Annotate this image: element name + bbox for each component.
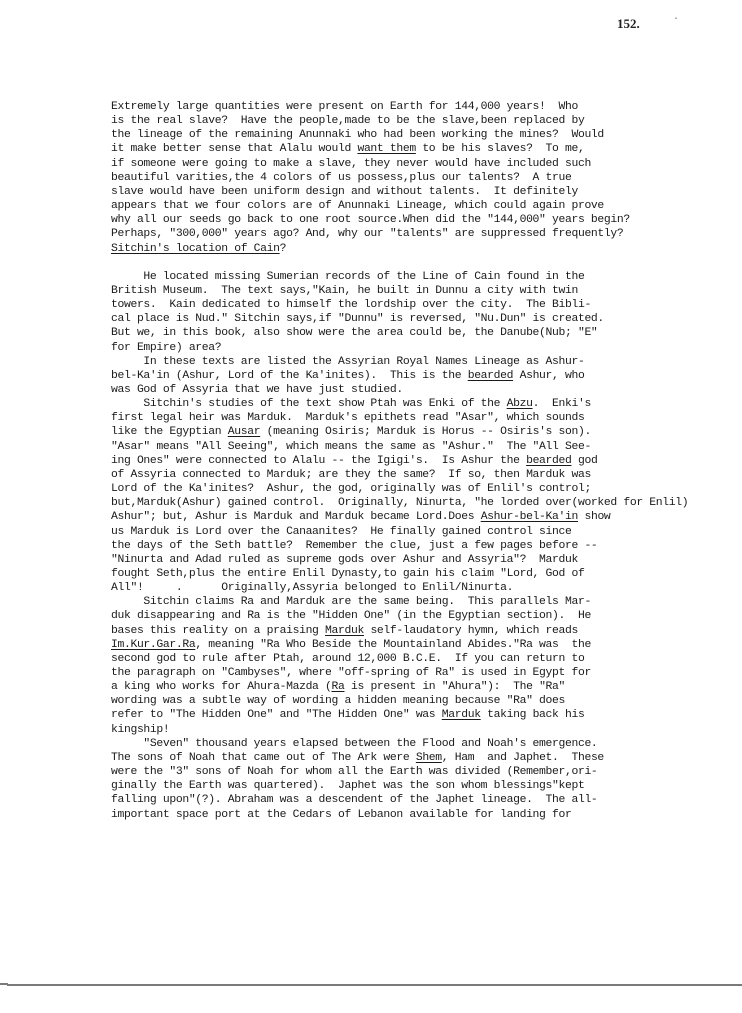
text-segment: fought Seth,plus the entire Enlil Dynast… [111,568,584,580]
text-segment: appears that we four colors are of Anunn… [111,200,604,212]
text-segment: the days of the Seth battle? Remember th… [111,540,597,552]
text-segment: but,Marduk(Ashur) gained control. Origin… [111,497,688,509]
text-segment: "Seven" thousand years elapsed between t… [111,738,597,750]
text-line: "Asar" means "All Seeing", which means t… [111,440,591,454]
underlined-phrase: Ashur-bel-Ka'in [481,511,578,523]
text-segment: , meaning "Ra Who Beside the Mountainlan… [195,639,591,651]
text-segment: taking back his [481,709,585,721]
text-segment: He located missing Sumerian records of t… [111,271,584,283]
text-line: for Empire) area? [111,341,221,355]
text-line: of Assyria connected to Marduk; are they… [111,468,591,482]
underlined-phrase: want them [357,143,415,155]
text-line: but,Marduk(Ashur) gained control. Origin… [111,496,688,510]
text-line: it make better sense that Alalu would wa… [111,142,584,156]
text-line: "Ninurta and Adad ruled as supreme gods … [111,553,578,567]
text-line: is the real slave? Have the people,made … [111,114,584,128]
text-line: British Museum. The text says,"Kain, he … [111,284,578,298]
text-segment: "Ninurta and Adad ruled as supreme gods … [111,554,578,566]
text-line: kingship! [111,723,169,737]
text-line: towers. Kain dedicated to himself the lo… [111,298,591,312]
text-segment: beautiful varities,the 4 colors of us po… [111,172,571,184]
text-segment: bel-Ka'in (Ashur, Lord of the Ka'inites)… [111,370,468,382]
text-line: But we, in this book, also show were the… [111,326,597,340]
text-segment: towers. Kain dedicated to himself the lo… [111,299,591,311]
underlined-phrase: Shem [416,752,442,764]
text-line: were the "3" sons of Noah for whom all t… [111,765,597,779]
underlined-phrase: Ra [332,681,345,693]
text-segment: In these texts are listed the Assyrian R… [111,356,584,368]
text-segment: , Ham and Japhet. These [442,752,604,764]
text-segment: Ashur"; but, Ashur is Marduk and Marduk … [111,511,481,523]
text-segment: the lineage of the remaining Anunnaki wh… [111,129,604,141]
text-line: Sitchin's studies of the text show Ptah … [111,397,591,411]
text-segment: kingship! [111,724,169,736]
text-line: refer to "The Hidden One" and "The Hidde… [111,708,584,722]
text-line: bases this reality on a praising Marduk … [111,624,578,638]
text-line: He located missing Sumerian records of t… [111,270,584,284]
text-line: Im.Kur.Gar.Ra, meaning "Ra Who Beside th… [111,638,591,652]
text-line: ing Ones" were connected to Alalu -- the… [111,454,597,468]
text-segment: British Museum. The text says,"Kain, he … [111,285,578,297]
text-segment: important space port at the Cedars of Le… [111,809,571,821]
text-segment: Sitchin claims Ra and Marduk are the sam… [111,596,591,608]
text-segment: Perhaps, "300,000" years ago? And, why o… [111,228,623,240]
text-segment: "Asar" means "All Seeing", which means t… [111,441,591,453]
text-segment: Extremely large quantities were present … [111,101,578,113]
text-segment: a king who works for Ahura-Mazda ( [111,681,332,693]
text-segment: if someone were going to make a slave, t… [111,158,591,170]
text-line: "Seven" thousand years elapsed between t… [111,737,597,751]
text-segment: The sons of Noah that came out of The Ar… [111,752,416,764]
text-segment: it make better sense that Alalu would [111,143,357,155]
underlined-phrase: bearded [526,455,571,467]
text-line: why all our seeds go back to one root so… [111,213,630,227]
text-line: the days of the Seth battle? Remember th… [111,539,597,553]
text-line: the lineage of the remaining Anunnaki wh… [111,128,604,142]
text-segment: ginally the Earth was quartered). Japhet… [111,780,584,792]
bottom-rule [7,984,742,986]
text-segment: is the real slave? Have the people,made … [111,115,584,127]
text-line: falling upon"(?). Abraham was a descende… [111,793,597,807]
text-segment: god [571,455,597,467]
text-segment: for Empire) area? [111,342,221,354]
text-segment: slave would have been uniform design and… [111,186,578,198]
text-segment: like the Egyptian [111,426,228,438]
text-line: The sons of Noah that came out of The Ar… [111,751,604,765]
text-segment: first legal heir was Marduk. Marduk's ep… [111,412,584,424]
underlined-phrase: Sitchin's location of Cain [111,243,280,255]
text-line: beautiful varities,the 4 colors of us po… [111,171,571,185]
text-segment: Sitchin's studies of the text show Ptah … [111,398,507,410]
text-segment: is present in "Ahura"): The "Ra" [345,681,566,693]
page-number: 152. [617,16,640,32]
text-line: Lord of the Ka'inites? Ashur, the god, o… [111,482,591,496]
text-segment: . Enki's [533,398,591,410]
text-line: appears that we four colors are of Anunn… [111,199,604,213]
underlined-phrase: Im.Kur.Gar.Ra [111,639,195,651]
text-line: a king who works for Ahura-Mazda (Ra is … [111,680,565,694]
text-segment: falling upon"(?). Abraham was a descende… [111,794,597,806]
underlined-phrase: Marduk [442,709,481,721]
text-segment: All"! . Originally,Assyria belonged to E… [111,582,513,594]
text-segment: Ashur, who [513,370,584,382]
text-segment: But we, in this book, also show were the… [111,327,597,339]
text-line: fought Seth,plus the entire Enlil Dynast… [111,567,584,581]
text-segment: bases this reality on a praising [111,625,325,637]
text-segment: the paragraph on "Cambyses", where "off-… [111,667,591,679]
text-line: wording was a subtle way of wording a hi… [111,694,565,708]
text-line: was God of Assyria that we have just stu… [111,383,403,397]
text-segment: self-laudatory hymn, which reads [364,625,578,637]
text-line: important space port at the Cedars of Le… [111,808,571,822]
text-line: ginally the Earth was quartered). Japhet… [111,779,584,793]
text-line: All"! . Originally,Assyria belonged to E… [111,581,513,595]
text-segment: show [578,511,610,523]
text-segment: of Assyria connected to Marduk; are they… [111,469,591,481]
text-segment: (meaning Osiris; Marduk is Horus -- Osir… [260,426,591,438]
text-line: Extremely large quantities were present … [111,100,578,114]
text-line: Sitchin claims Ra and Marduk are the sam… [111,595,591,609]
underlined-phrase: bearded [468,370,513,382]
text-line: us Marduk is Lord over the Canaanites? H… [111,525,571,539]
text-segment: duk disappearing and Ra is the "Hidden O… [111,610,591,622]
text-line: slave would have been uniform design and… [111,185,578,199]
text-segment: Lord of the Ka'inites? Ashur, the god, o… [111,483,591,495]
text-line: cal place is Nud." Sitchin says,if "Dunn… [111,312,604,326]
text-line: second god to rule after Ptah, around 12… [111,652,584,666]
text-segment: was God of Assyria that we have just stu… [111,384,403,396]
text-line: duk disappearing and Ra is the "Hidden O… [111,609,591,623]
text-line: if someone were going to make a slave, t… [111,157,591,171]
text-segment: wording was a subtle way of wording a hi… [111,695,565,707]
text-segment: ing Ones" were connected to Alalu -- the… [111,455,526,467]
text-segment: why all our seeds go back to one root so… [111,214,630,226]
text-line: like the Egyptian Ausar (meaning Osiris;… [111,425,591,439]
underlined-phrase: Marduk [325,625,364,637]
text-line: Ashur"; but, Ashur is Marduk and Marduk … [111,510,610,524]
text-segment: second god to rule after Ptah, around 12… [111,653,584,665]
text-line: Sitchin's location of Cain? [111,242,286,256]
text-line: first legal heir was Marduk. Marduk's ep… [111,411,584,425]
text-segment: to be his slaves? To me, [416,143,585,155]
text-line: Perhaps, "300,000" years ago? And, why o… [111,227,623,241]
text-segment: cal place is Nud." Sitchin says,if "Dunn… [111,313,604,325]
scan-speck: · [673,14,679,25]
text-segment: were the "3" sons of Noah for whom all t… [111,766,597,778]
text-line: the paragraph on "Cambyses", where "off-… [111,666,591,680]
text-segment: ? [280,243,287,255]
text-segment: refer to "The Hidden One" and "The Hidde… [111,709,442,721]
text-segment: us Marduk is Lord over the Canaanites? H… [111,526,571,538]
text-line: In these texts are listed the Assyrian R… [111,355,584,369]
text-line: bel-Ka'in (Ashur, Lord of the Ka'inites)… [111,369,584,383]
underlined-phrase: Ausar [228,426,260,438]
underlined-phrase: Abzu [507,398,533,410]
